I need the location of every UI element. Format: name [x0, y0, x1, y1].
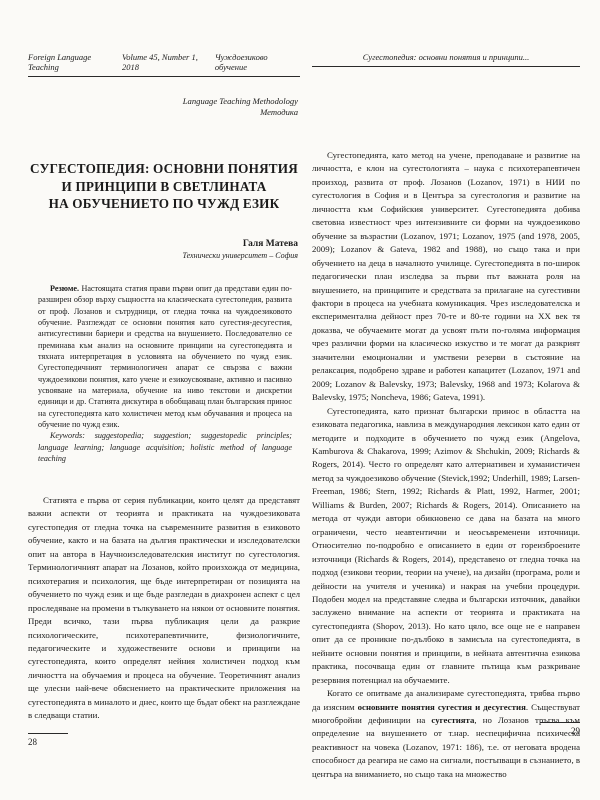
author-affiliation: Технически университет – София: [28, 250, 298, 261]
page-right: Сугестопедия: основни понятия и принципи…: [312, 0, 580, 800]
keywords-line: Keywords: suggestopedia; suggestion; sug…: [38, 430, 292, 464]
section-label-bg: Методика: [28, 107, 298, 118]
page-left: Foreign Language Teaching Volume 45, Num…: [28, 0, 300, 800]
section-label-en: Language Teaching Methodology: [28, 96, 298, 107]
bold-term-suggestion-desuggestion: основните понятия сугестия и десугестия: [358, 702, 526, 712]
journal-issue: Volume 45, Number 1, 2018: [122, 52, 215, 72]
page-number-right: 29: [540, 725, 580, 737]
running-head-right: Сугестопедия: основни понятия и принципи…: [312, 52, 580, 67]
body-paragraph: Статията е първа от серия публикации, ко…: [28, 494, 300, 723]
page-number-left: 28: [28, 736, 68, 748]
abstract-block: Резюме. Настоящата статия прави първи оп…: [38, 283, 292, 465]
scanned-journal-spread: Foreign Language Teaching Volume 45, Num…: [0, 0, 600, 800]
bold-term-suggestion: сугестията: [431, 715, 474, 725]
abstract-label: Резюме.: [50, 284, 79, 293]
body-text-left: Статията е първа от серия публикации, ко…: [28, 494, 300, 723]
abstract-paragraph: Резюме. Настоящата статия прави първи оп…: [38, 283, 292, 430]
article-title-line: СУГЕСТОПЕДИЯ: ОСНОВНИ ПОНЯТИЯ: [28, 160, 300, 178]
body-paragraph: Сугестопедията, като метод на учене, пре…: [312, 149, 580, 405]
author-block: Галя Матева Технически университет – Соф…: [28, 239, 298, 261]
page-footer-right: 29: [540, 722, 580, 737]
article-title-line: И ПРИНЦИПИ В СВЕТЛИНАТА: [28, 178, 300, 196]
body-paragraph: Сугестопедията, като признат български п…: [312, 405, 580, 688]
section-label: Language Teaching Methodology Методика: [28, 96, 298, 118]
abstract-text: Настоящата статия прави първи опит да пр…: [38, 284, 292, 429]
journal-title-bg: Чуждоезиково обучение: [215, 52, 300, 72]
body-text-right: Сугестопедията, като метод на учене, пре…: [312, 149, 580, 781]
page-footer-left: 28: [28, 733, 68, 748]
article-title: СУГЕСТОПЕДИЯ: ОСНОВНИ ПОНЯТИЯ И ПРИНЦИПИ…: [28, 160, 300, 213]
footer-rule: [28, 733, 68, 734]
running-head-left: Foreign Language Teaching Volume 45, Num…: [28, 52, 300, 77]
footer-rule: [540, 722, 580, 723]
article-title-line: НА ОБУЧЕНИЕТО ПО ЧУЖД ЕЗИК: [28, 195, 300, 213]
journal-title-en: Foreign Language Teaching: [28, 52, 122, 72]
author-name: Галя Матева: [28, 239, 298, 250]
